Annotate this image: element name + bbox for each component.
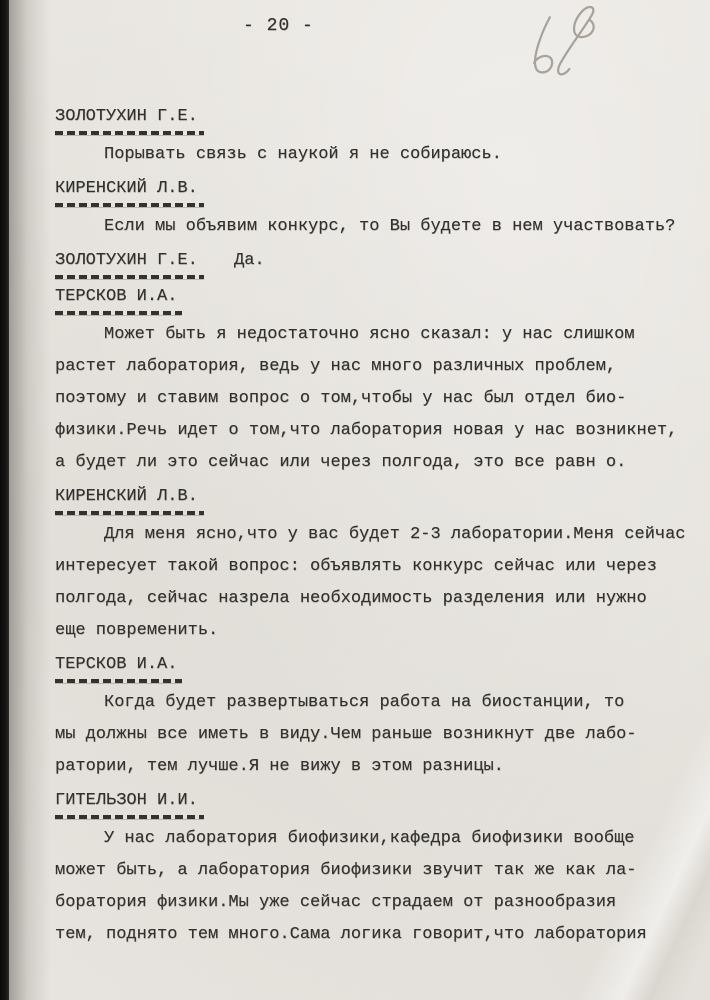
scan-left-edge xyxy=(0,0,9,1000)
speaker-heading-gitelzon: ГИТЕЛЬЗОН И.И. xyxy=(55,789,687,819)
speaker-name: КИРЕНСКИЙ Л.В. xyxy=(55,177,198,201)
text-line: тем, поднято тем много.Сама логика говор… xyxy=(55,919,687,951)
speaker-underline xyxy=(55,311,182,315)
speaker-name: КИРЕНСКИЙ Л.В. xyxy=(55,485,198,509)
speaker-heading-kirensky-1: КИРЕНСКИЙ Л.В. xyxy=(55,177,687,207)
page-number: - 20 - xyxy=(243,16,314,36)
text-line: Порывать связь с наукой я не собираюсь. xyxy=(55,139,687,171)
speaker-name: ЗОЛОТУХИН Г.Е. xyxy=(55,105,198,129)
speaker-underline xyxy=(55,203,204,207)
speaker-underline xyxy=(55,511,204,515)
paragraph: Если мы объявим конкурс, то Вы будете в … xyxy=(55,211,687,243)
text-line: У нас лаборатория биофизики,кафедра биоф… xyxy=(55,823,687,855)
speaker-heading-terskov-2: ТЕРСКОВ И.А. xyxy=(55,653,687,683)
speaker-underline xyxy=(55,815,204,819)
speaker-underline xyxy=(55,275,204,279)
text-line: Если мы объявим конкурс, то Вы будете в … xyxy=(55,211,687,243)
text-line: физики.Речь идет о том,что лаборатория н… xyxy=(55,415,687,447)
speaker-name: ТЕРСКОВ И.А. xyxy=(55,653,177,677)
text-line: поэтому и ставим вопрос о том,чтобы у на… xyxy=(55,383,687,415)
handwritten-pencil-mark xyxy=(515,0,635,91)
text-line: растет лаборатория, ведь у нас много раз… xyxy=(55,351,687,383)
text-line: мы должны все иметь в виду.Чем раньше во… xyxy=(55,719,687,751)
text-line: Может быть я недостаточно ясно сказал: у… xyxy=(55,319,687,351)
speaker-answer: Да. xyxy=(234,249,265,273)
speaker-heading-zolotukhin-1: ЗОЛОТУХИН Г.Е. xyxy=(55,105,687,135)
text-line: полгода, сейчас назрела необходимость ра… xyxy=(55,583,687,615)
text-line: Для меня ясно,что у вас будет 2-3 лабора… xyxy=(55,519,687,551)
paragraph: Для меня ясно,что у вас будет 2-3 лабора… xyxy=(55,519,687,647)
text-line: еще повременить. xyxy=(55,615,687,647)
typewritten-text: ЗОЛОТУХИН Г.Е. Порывать связь с наукой я… xyxy=(55,99,687,951)
text-line: боратория физики.Мы уже сейчас страдаем … xyxy=(55,887,687,919)
text-line: может быть, а лаборатория биофизики звуч… xyxy=(55,855,687,887)
text-line: а будет ли это сейчас или через полгода,… xyxy=(55,447,687,479)
page-curl-shadow xyxy=(9,0,51,1000)
speaker-heading-zolotukhin-2: ЗОЛОТУХИН Г.Е. Да. xyxy=(55,249,687,279)
speaker-name: ТЕРСКОВ И.А. xyxy=(55,285,177,309)
paragraph: Может быть я недостаточно ясно сказал: у… xyxy=(55,319,687,479)
scanned-page: - 20 - ЗОЛОТУХИН Г.Е. Порывать связь с н… xyxy=(0,0,710,1000)
text-line: Когда будет развертываться работа на био… xyxy=(55,687,687,719)
pencil-68-drawing xyxy=(515,0,635,91)
paragraph: Когда будет развертываться работа на био… xyxy=(55,687,687,783)
text-line: интересует такой вопрос: объявлять конку… xyxy=(55,551,687,583)
text-line: ратории, тем лучше.Я не вижу в этом разн… xyxy=(55,751,687,783)
paragraph: У нас лаборатория биофизики,кафедра биоф… xyxy=(55,823,687,951)
paragraph: Порывать связь с наукой я не собираюсь. xyxy=(55,139,687,171)
speaker-name: ГИТЕЛЬЗОН И.И. xyxy=(55,789,198,813)
speaker-heading-terskov-1: ТЕРСКОВ И.А. xyxy=(55,285,687,315)
speaker-heading-kirensky-2: КИРЕНСКИЙ Л.В. xyxy=(55,485,687,515)
speaker-name: ЗОЛОТУХИН Г.Е. xyxy=(55,249,198,273)
speaker-underline xyxy=(55,131,204,135)
speaker-underline xyxy=(55,679,182,683)
